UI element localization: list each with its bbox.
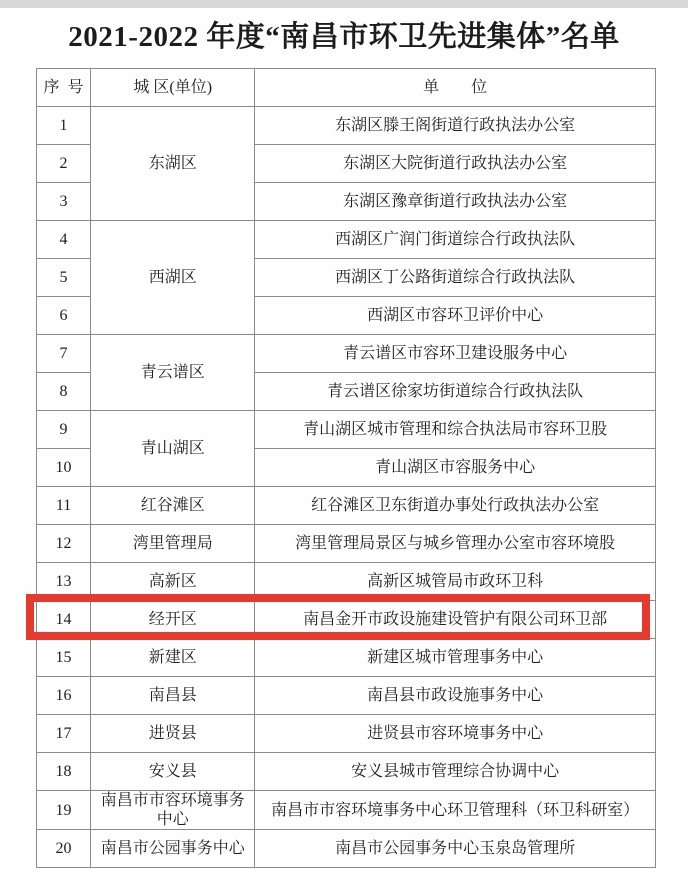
col-header-no: 序 号	[37, 69, 91, 107]
unit-cell: 南昌市市容环境事务中心环卫管理科（环卫科研室）	[255, 791, 656, 830]
scan-artifact-strip	[0, 0, 688, 8]
district-cell: 安义县	[91, 753, 255, 791]
unit-cell: 青山湖区城市管理和综合执法局市容环卫股	[255, 411, 656, 449]
row-number-cell: 20	[37, 830, 91, 868]
row-number-cell: 18	[37, 753, 91, 791]
row-number-cell: 11	[37, 487, 91, 525]
table-row: 7 青云谱区 青云谱区市容环卫建设服务中心	[37, 335, 656, 373]
col-header-district: 城 区(单位)	[91, 69, 255, 107]
unit-cell: 高新区城管局市政环卫科	[255, 563, 656, 601]
table-header-row: 序 号 城 区(单位) 单 位	[37, 69, 656, 107]
table-row: 9 青山湖区 青山湖区城市管理和综合执法局市容环卫股	[37, 411, 656, 449]
unit-cell: 西湖区丁公路街道综合行政执法队	[255, 259, 656, 297]
row-number-cell: 2	[37, 145, 91, 183]
row-number-cell: 19	[37, 791, 91, 830]
row-number-cell: 17	[37, 715, 91, 753]
table-row: 4 西湖区 西湖区广润门街道综合行政执法队	[37, 221, 656, 259]
district-cell: 西湖区	[91, 221, 255, 335]
unit-cell: 南昌县市政设施事务中心	[255, 677, 656, 715]
row-number-cell: 1	[37, 107, 91, 145]
unit-cell: 东湖区大院街道行政执法办公室	[255, 145, 656, 183]
district-cell: 高新区	[91, 563, 255, 601]
row-number-cell: 14	[37, 601, 91, 639]
unit-cell: 红谷滩区卫东街道办事处行政执法办公室	[255, 487, 656, 525]
district-cell: 南昌县	[91, 677, 255, 715]
table-row: 17 进贤县 进贤县市容环境事务中心	[37, 715, 656, 753]
unit-cell: 青云谱区市容环卫建设服务中心	[255, 335, 656, 373]
unit-cell: 西湖区市容环卫评价中心	[255, 297, 656, 335]
unit-cell: 青云谱区徐家坊街道综合行政执法队	[255, 373, 656, 411]
award-list-table: 序 号 城 区(单位) 单 位 1 东湖区 东湖区滕王阁街道行政执法办公室 2 …	[36, 68, 656, 868]
unit-cell: 进贤县市容环境事务中心	[255, 715, 656, 753]
unit-cell: 南昌金开市政设施建设管护有限公司环卫部	[255, 601, 656, 639]
district-cell: 南昌市公园事务中心	[91, 830, 255, 868]
row-number-cell: 16	[37, 677, 91, 715]
row-number-cell: 12	[37, 525, 91, 563]
col-header-unit: 单 位	[255, 69, 656, 107]
table-row: 18 安义县 安义县城市管理综合协调中心	[37, 753, 656, 791]
district-cell: 东湖区	[91, 107, 255, 221]
district-cell: 红谷滩区	[91, 487, 255, 525]
table-row: 12 湾里管理局 湾里管理局景区与城乡管理办公室市容环境股	[37, 525, 656, 563]
unit-cell: 新建区城市管理事务中心	[255, 639, 656, 677]
table-row: 15 新建区 新建区城市管理事务中心	[37, 639, 656, 677]
table-row: 19 南昌市市容环境事务中心 南昌市市容环境事务中心环卫管理科（环卫科研室）	[37, 791, 656, 830]
table-row: 16 南昌县 南昌县市政设施事务中心	[37, 677, 656, 715]
table-row-highlighted: 14 经开区 南昌金开市政设施建设管护有限公司环卫部	[37, 601, 656, 639]
row-number-cell: 5	[37, 259, 91, 297]
row-number-cell: 3	[37, 183, 91, 221]
table-row: 1 东湖区 东湖区滕王阁街道行政执法办公室	[37, 107, 656, 145]
page-title: 2021-2022 年度“南昌市环卫先进集体”名单	[0, 14, 688, 55]
table-row: 20 南昌市公园事务中心 南昌市公园事务中心玉泉岛管理所	[37, 830, 656, 868]
district-cell: 湾里管理局	[91, 525, 255, 563]
row-number-cell: 13	[37, 563, 91, 601]
row-number-cell: 10	[37, 449, 91, 487]
row-number-cell: 9	[37, 411, 91, 449]
unit-cell: 西湖区广润门街道综合行政执法队	[255, 221, 656, 259]
row-number-cell: 6	[37, 297, 91, 335]
district-cell: 青山湖区	[91, 411, 255, 487]
row-number-cell: 8	[37, 373, 91, 411]
unit-cell: 安义县城市管理综合协调中心	[255, 753, 656, 791]
row-number-cell: 4	[37, 221, 91, 259]
district-cell: 经开区	[91, 601, 255, 639]
row-number-cell: 15	[37, 639, 91, 677]
unit-cell: 南昌市公园事务中心玉泉岛管理所	[255, 830, 656, 868]
district-cell: 进贤县	[91, 715, 255, 753]
district-cell: 南昌市市容环境事务中心	[91, 791, 255, 830]
unit-cell: 东湖区豫章街道行政执法办公室	[255, 183, 656, 221]
table-row: 11 红谷滩区 红谷滩区卫东街道办事处行政执法办公室	[37, 487, 656, 525]
row-number-cell: 7	[37, 335, 91, 373]
unit-cell: 湾里管理局景区与城乡管理办公室市容环境股	[255, 525, 656, 563]
unit-cell: 青山湖区市容服务中心	[255, 449, 656, 487]
table-row: 13 高新区 高新区城管局市政环卫科	[37, 563, 656, 601]
unit-cell: 东湖区滕王阁街道行政执法办公室	[255, 107, 656, 145]
scanned-document-page: 2021-2022 年度“南昌市环卫先进集体”名单 序 号 城 区(单位) 单 …	[0, 0, 688, 872]
district-cell: 青云谱区	[91, 335, 255, 411]
district-cell: 新建区	[91, 639, 255, 677]
